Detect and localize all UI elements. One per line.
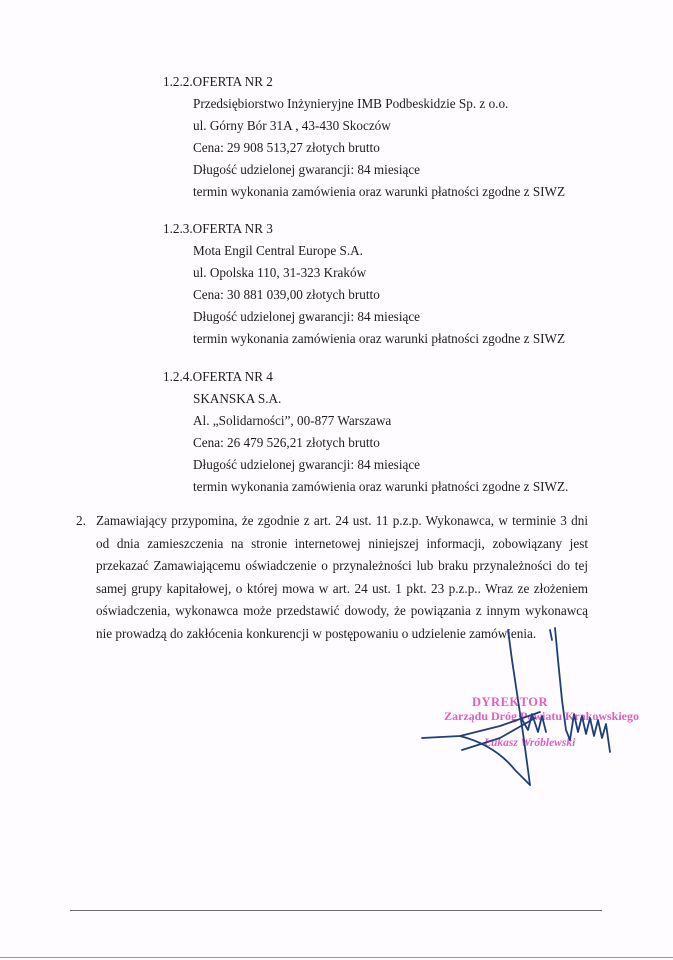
offer-price: Cena: 29 908 513,27 złotych brutto	[163, 137, 565, 159]
offer-address: ul. Górny Bór 31A , 43-430 Skoczów	[163, 115, 565, 137]
offer-block-2: 1.2.2.OFERTA NR 2 Przedsiębiorstwo Inżyn…	[163, 71, 565, 203]
offer-terms: termin wykonania zamówienia oraz warunki…	[163, 476, 568, 498]
offer-heading: 1.2.2.OFERTA NR 2	[163, 71, 565, 93]
paragraph-number: 2.	[76, 510, 86, 533]
offer-heading: 1.2.3.OFERTA NR 3	[163, 218, 565, 240]
offer-block-3: 1.2.3.OFERTA NR 3 Mota Engil Central Eur…	[163, 218, 565, 350]
offer-price: Cena: 26 479 526,21 złotych brutto	[163, 432, 568, 454]
offer-warranty: Długość udzielonej gwarancji: 84 miesiąc…	[163, 306, 565, 328]
offer-company: SKANSKA S.A.	[163, 388, 568, 410]
offer-address: Al. „Solidarności”, 00-877 Warszawa	[163, 410, 568, 432]
offer-block-4: 1.2.4.OFERTA NR 4 SKANSKA S.A. Al. „Soli…	[163, 366, 568, 498]
offer-heading: 1.2.4.OFERTA NR 4	[163, 366, 568, 388]
offer-company: Przedsiębiorstwo Inżynieryjne IMB Podbes…	[163, 93, 565, 115]
offer-terms: termin wykonania zamówienia oraz warunki…	[163, 181, 565, 203]
offer-company: Mota Engil Central Europe S.A.	[163, 240, 565, 262]
offer-address: ul. Opolska 110, 31-323 Kraków	[163, 262, 565, 284]
footer-divider	[70, 910, 602, 911]
offer-warranty: Długość udzielonej gwarancji: 84 miesiąc…	[163, 159, 565, 181]
offer-warranty: Długość udzielonej gwarancji: 84 miesiąc…	[163, 454, 568, 476]
document-page: 1.2.2.OFERTA NR 2 Przedsiębiorstwo Inżyn…	[0, 0, 673, 960]
handwritten-signature	[400, 620, 660, 790]
offer-terms: termin wykonania zamówienia oraz warunki…	[163, 328, 565, 350]
offer-price: Cena: 30 881 039,00 złotych brutto	[163, 284, 565, 306]
page-edge-line	[0, 957, 673, 958]
